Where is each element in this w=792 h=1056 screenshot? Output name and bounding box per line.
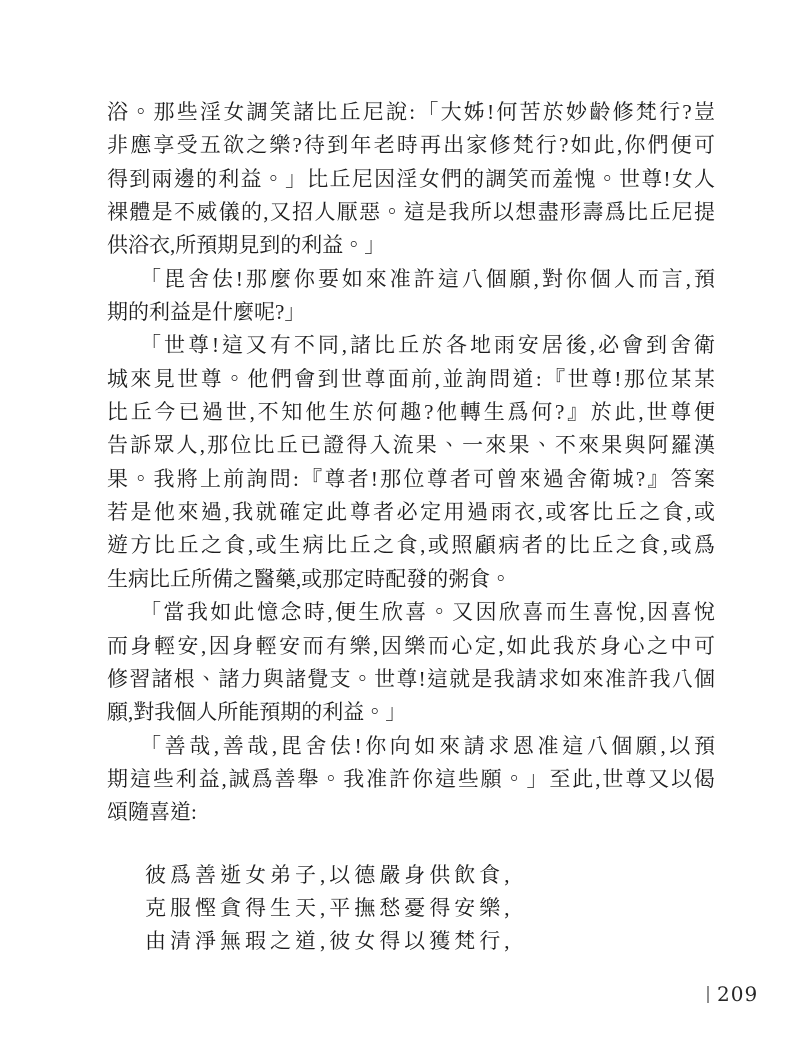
text-line: 浴。那些淫女調笑諸比丘尼說:「大姊!何苦於妙齡修梵行?豈 [107,96,715,129]
page-number: 209 [717,982,758,1006]
verse-line: 由清淨無瑕之道,彼女得以獲梵行, [145,925,715,958]
page-text-block: 浴。那些淫女調笑諸比丘尼說:「大姊!何苦於妙齡修梵行?豈 非應享受五欲之樂?待到… [107,96,715,959]
text-line: 頌隨喜道: [107,796,715,829]
page-footer: 209 [707,984,758,1004]
book-page: 浴。那些淫女調笑諸比丘尼說:「大姊!何苦於妙齡修梵行?豈 非應享受五欲之樂?待到… [0,0,792,1056]
text-line paragraph-start: 「世尊!這又有不同,諸比丘於各地雨安居後,必會到舍衛 [107,329,715,362]
folio-divider-bar [707,986,709,1003]
text-line: 非應享受五欲之樂?待到年老時再出家修梵行?如此,你們便可 [107,129,715,162]
text-line: 城來見世尊。他們會到世尊面前,並詢問道:『世尊!那位某某 [107,363,715,396]
verse-block: 彼爲善逝女弟子,以德嚴身供飲食, 克服慳貪得生天,平撫愁憂得安樂, 由清淨無瑕之… [145,859,715,959]
text-line: 供浴衣,所預期見到的利益。」 [107,229,715,262]
text-line: 遊方比丘之食,或生病比丘之食,或照顧病者的比丘之食,或爲 [107,529,715,562]
text-line: 修習諸根、諸力與諸覺支。世尊!這就是我請求如來准許我八個 [107,663,715,696]
text-line: 果。我將上前詢問:『尊者!那位尊者可曾來過舍衛城?』答案 [107,463,715,496]
text-line paragraph-start: 「當我如此憶念時,便生欣喜。又因欣喜而生喜悅,因喜悅 [107,596,715,629]
text-line: 而身輕安,因身輕安而有樂,因樂而心定,如此我於身心之中可 [107,630,715,663]
text-line: 得到兩邊的利益。」比丘尼因淫女們的調笑而羞愧。世尊!女人 [107,163,715,196]
verse-line: 彼爲善逝女弟子,以德嚴身供飲食, [145,859,715,892]
text-line: 生病比丘所備之醫藥,或那定時配發的粥食。 [107,563,715,596]
verse-line: 克服慳貪得生天,平撫愁憂得安樂, [145,892,715,925]
text-line: 裸體是不威儀的,又招人厭惡。這是我所以想盡形壽爲比丘尼提 [107,196,715,229]
text-line paragraph-start: 「毘舍佉!那麼你要如來准許這八個願,對你個人而言,預 [107,263,715,296]
text-line: 期這些利益,誠爲善舉。我准許你這些願。」至此,世尊又以偈 [107,763,715,796]
text-line: 若是他來過,我就確定此尊者必定用過雨衣,或客比丘之食,或 [107,496,715,529]
text-line paragraph-start: 「善哉,善哉,毘舍佉!你向如來請求恩准這八個願,以預 [107,730,715,763]
text-line: 願,對我個人所能預期的利益。」 [107,696,715,729]
text-line: 比丘今已過世,不知他生於何趣?他轉生爲何?』於此,世尊便 [107,396,715,429]
text-line: 告訴眾人,那位比丘已證得入流果、一來果、不來果與阿羅漢 [107,429,715,462]
text-line: 期的利益是什麼呢?」 [107,296,715,329]
